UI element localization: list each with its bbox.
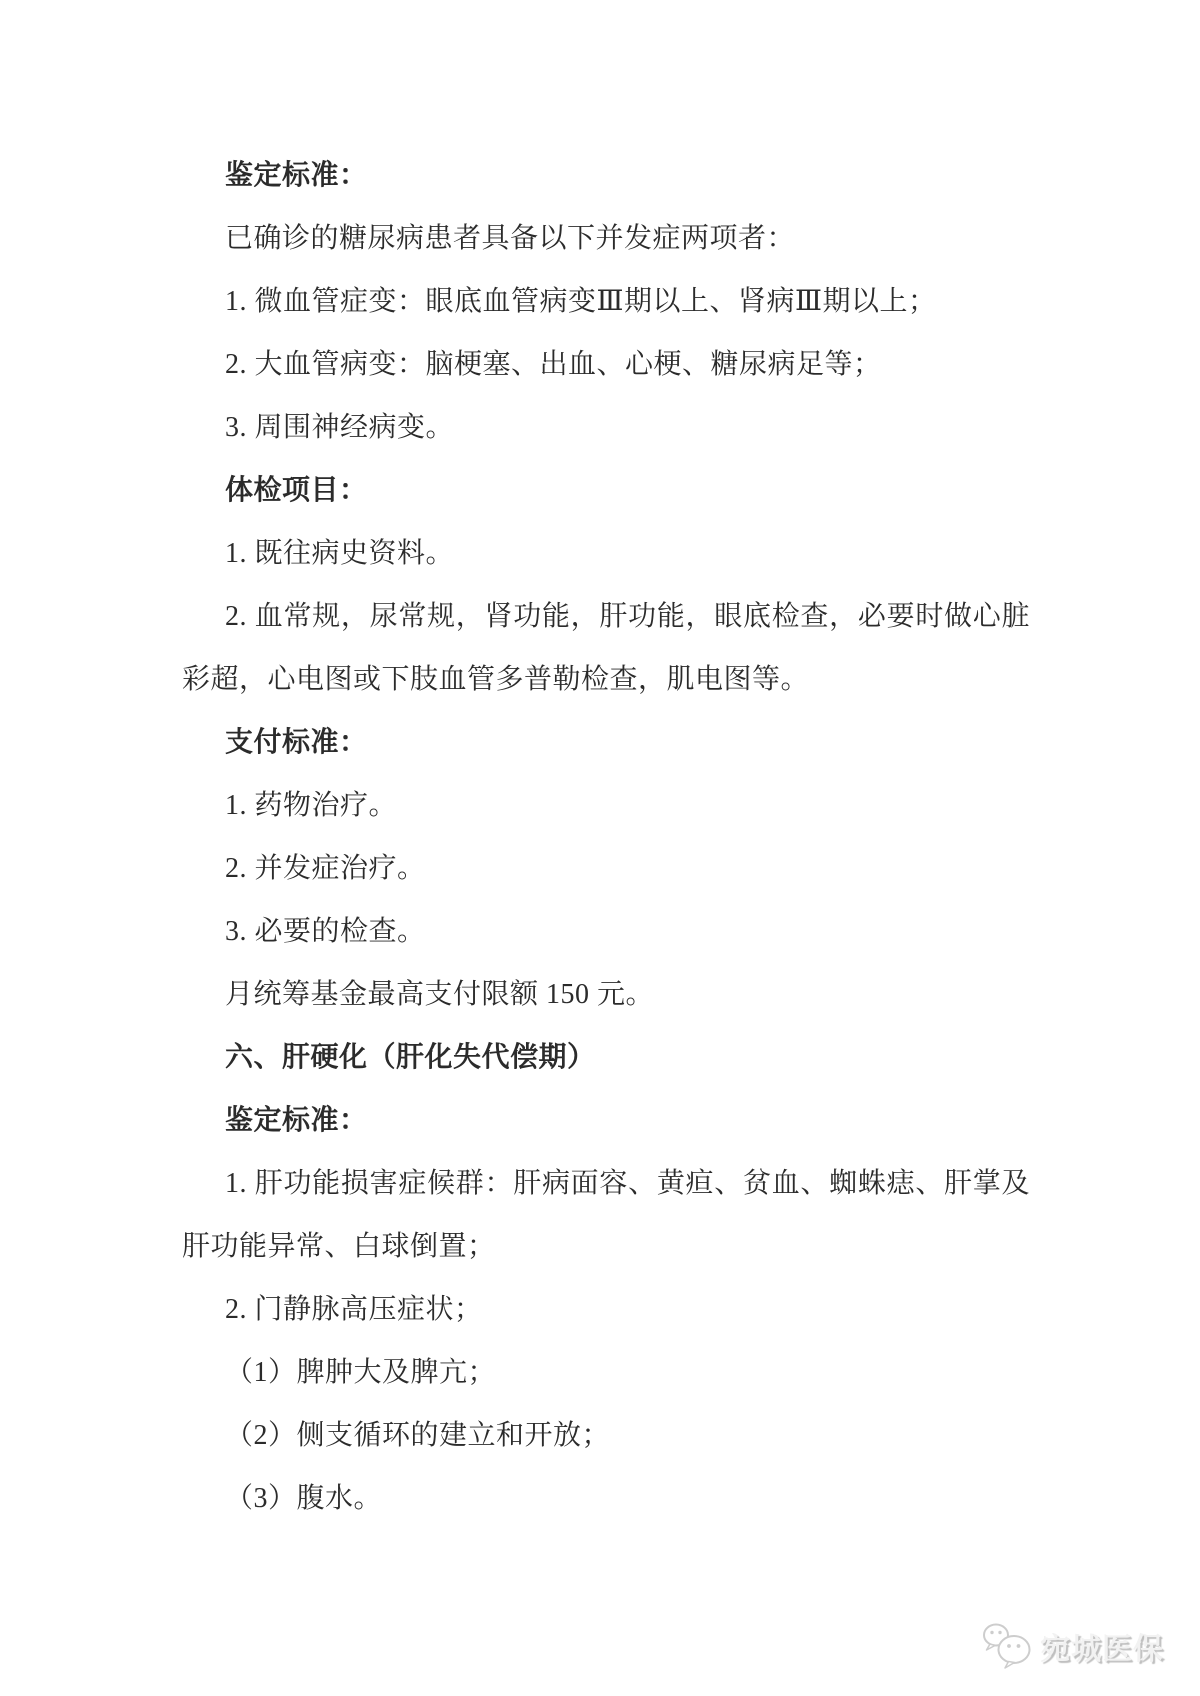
document-line: 1. 肝功能损害症候群：肝病面容、黄疸、贫血、蜘蛛痣、肝掌及	[182, 1152, 1030, 1215]
document-line: 3. 周围神经病变。	[182, 396, 1030, 459]
document-line: （2）侧支循环的建立和开放；	[182, 1404, 1030, 1467]
watermark-label: 宛城医保	[1040, 1624, 1164, 1668]
document-line: 已确诊的糖尿病患者具备以下并发症两项者：	[182, 207, 1030, 270]
section-heading: 六、肝硬化（肝化失代偿期）	[182, 1026, 1030, 1089]
document-line: 2. 血常规，尿常规，肾功能，肝功能，眼底检查，必要时做心脏	[182, 585, 1030, 648]
document-line: 1. 既往病史资料。	[182, 522, 1030, 585]
document-line: 2. 门静脉高压症状；	[182, 1278, 1030, 1341]
document-line: 3. 必要的检查。	[182, 900, 1030, 963]
section-heading: 支付标准：	[182, 711, 1030, 774]
document-line: 彩超，心电图或下肢血管多普勒检查，肌电图等。	[182, 648, 1030, 711]
document-line: 肝功能异常、白球倒置；	[182, 1215, 1030, 1278]
section-heading: 鉴定标准：	[182, 144, 1030, 207]
section-heading: 鉴定标准：	[182, 1089, 1030, 1152]
wechat-icon	[982, 1622, 1032, 1670]
document-line: （1）脾肿大及脾亢；	[182, 1341, 1030, 1404]
document-line: 1. 微血管症变：眼底血管病变Ⅲ期以上、肾病Ⅲ期以上；	[182, 270, 1030, 333]
watermark: 宛城医保	[982, 1622, 1164, 1670]
document-line: 月统筹基金最高支付限额 150 元。	[182, 963, 1030, 1026]
document-page: 鉴定标准： 已确诊的糖尿病患者具备以下并发症两项者： 1. 微血管症变：眼底血管…	[0, 0, 1200, 1696]
text-block: 鉴定标准： 已确诊的糖尿病患者具备以下并发症两项者： 1. 微血管症变：眼底血管…	[182, 144, 1030, 1530]
section-heading: 体检项目：	[182, 459, 1030, 522]
document-line: 2. 并发症治疗。	[182, 837, 1030, 900]
document-line: 1. 药物治疗。	[182, 774, 1030, 837]
document-line: （3）腹水。	[182, 1467, 1030, 1530]
document-line: 2. 大血管病变：脑梗塞、出血、心梗、糖尿病足等；	[182, 333, 1030, 396]
